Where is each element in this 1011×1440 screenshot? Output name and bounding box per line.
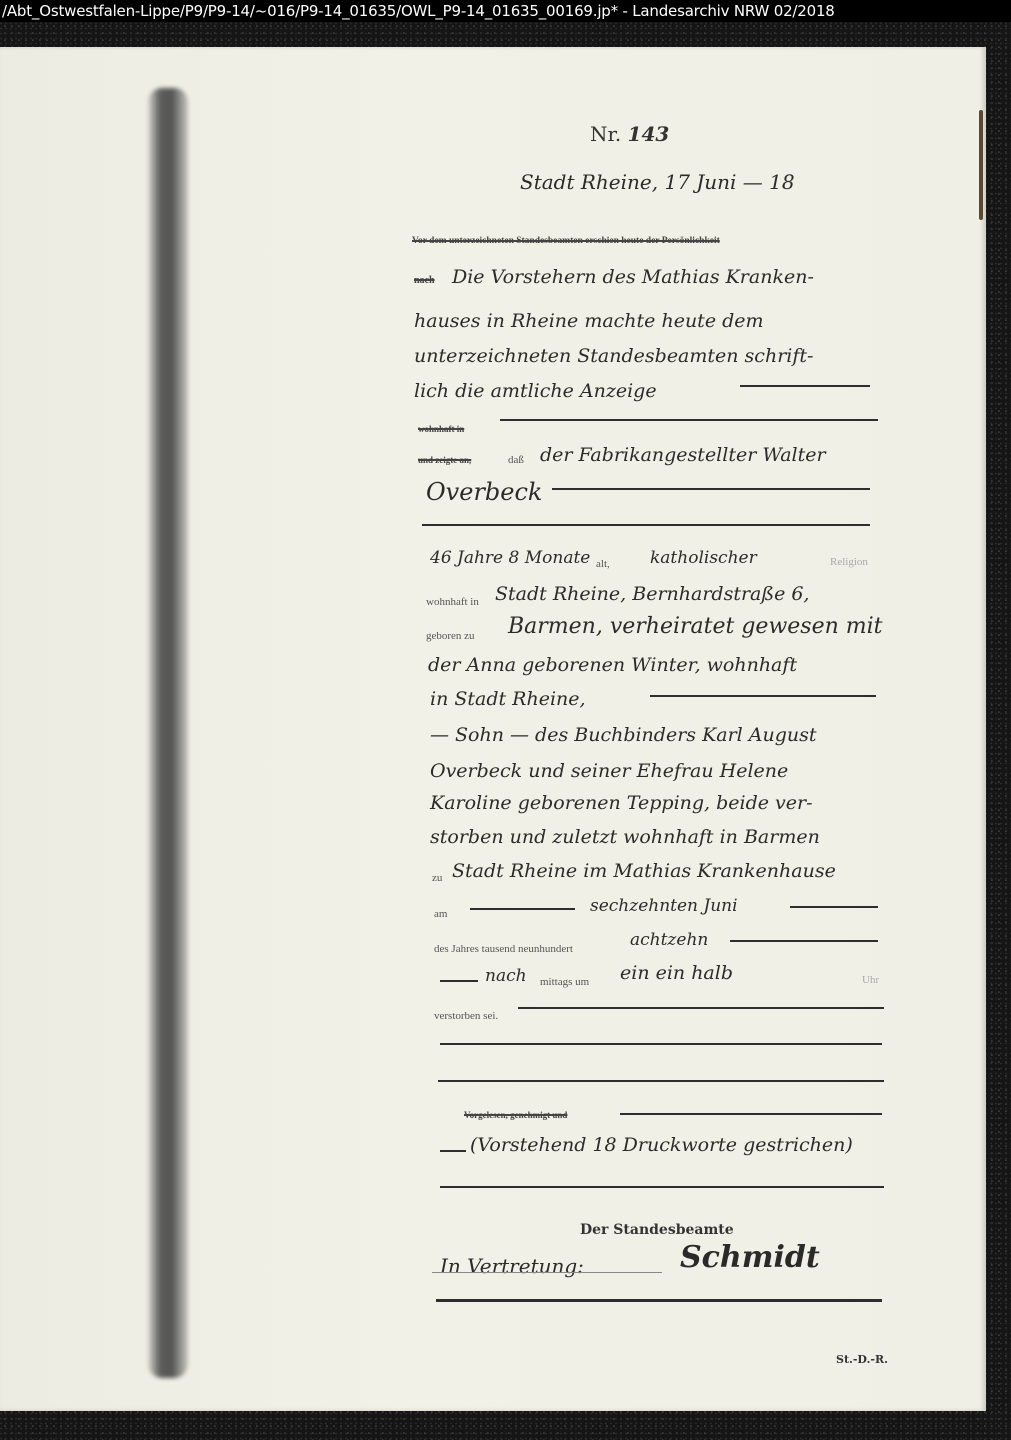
print-religion: Religion — [830, 556, 868, 568]
form-stamp: St.-D.-R. — [836, 1353, 888, 1366]
parents-line-4: storben und zuletzt wohnhaft in Barmen — [430, 826, 820, 848]
fill-line — [438, 1080, 884, 1082]
fill-line — [440, 1150, 466, 1152]
declaration-line-2: hauses in Rheine machte heute dem — [414, 310, 764, 332]
binding-shadow — [148, 88, 188, 1378]
death-year: achtzehn — [630, 930, 708, 950]
age: 46 Jahre 8 Monate — [430, 548, 590, 568]
death-place: Stadt Rheine im Mathias Krankenhause — [452, 860, 836, 882]
print-zu: zu — [432, 872, 442, 884]
signature-label: Der Standesbeamte — [580, 1222, 734, 1238]
fill-line — [552, 488, 870, 490]
fill-line — [650, 695, 876, 697]
fill-line — [470, 908, 575, 910]
spouse-residence: in Stadt Rheine, — [430, 688, 586, 710]
signature-prefix: In Vertretung: — [440, 1254, 584, 1278]
fill-line — [440, 1186, 884, 1188]
fill-line — [620, 1113, 882, 1115]
print-verstorben: verstorben sei. — [434, 1010, 498, 1022]
struck-zeigte: und zeigte an, — [418, 455, 471, 465]
file-path-title: /Abt_Ostwestfalen-Lippe/P9/P9-14/~016/P9… — [2, 2, 835, 20]
residence: Stadt Rheine, Bernhardstraße 6, — [495, 583, 809, 605]
fill-line — [432, 1272, 662, 1273]
birthplace: Barmen, verheiratet gewesen mit — [508, 614, 883, 639]
record-number-value: 143 — [628, 122, 670, 146]
print-alt: alt, — [596, 558, 610, 570]
page-edge-mark — [979, 110, 983, 220]
declaration-line-3: unterzeichneten Standesbeamten schrift- — [414, 345, 813, 367]
fill-line — [790, 906, 878, 908]
death-time: ein ein halb — [620, 962, 733, 984]
struck-nach: nach — [414, 275, 435, 286]
signature-line — [436, 1299, 882, 1302]
spouse-line: der Anna geborenen Winter, wohnhaft — [428, 654, 797, 676]
print-geboren: geboren zu — [426, 630, 475, 642]
fill-line — [440, 1043, 882, 1045]
declaration-line-4: lich die amtliche Anzeige — [414, 380, 657, 402]
fill-line — [518, 1007, 884, 1009]
parents-line-1: — Sohn — des Buchbinders Karl August — [430, 724, 817, 746]
print-mittags: mittags um — [540, 976, 589, 988]
print-year: des Jahres tausend neunhundert — [434, 943, 573, 955]
fill-line — [730, 940, 878, 942]
deceased-title: der Fabrikangestellter Walter — [540, 444, 826, 466]
print-am: am — [434, 908, 447, 920]
fill-line — [500, 419, 878, 421]
declaration-line-1: Die Vorstehern des Mathias Kranken- — [452, 266, 814, 288]
struck-wohnhaft: wohnhaft in — [418, 424, 464, 434]
signature-name: Schmidt — [680, 1240, 820, 1275]
parents-line-3: Karoline geborenen Tepping, beide ver- — [430, 792, 813, 814]
place-date: Stadt Rheine, 17 Juni — 18 — [520, 170, 795, 194]
death-day: sechzehnten Juni — [590, 896, 738, 916]
fill-line — [440, 980, 478, 982]
parents-line-2: Overbeck und seiner Ehefrau Helene — [430, 760, 788, 782]
fill-line — [740, 385, 870, 387]
correction-note: (Vorstehend 18 Druckworte gestrichen) — [470, 1134, 853, 1156]
fill-line — [422, 524, 870, 526]
religion: katholischer — [650, 548, 757, 568]
struck-intro: Vor dem unterzeichneten Standesbeamten e… — [412, 236, 720, 246]
viewer-title-bar: /Abt_Ostwestfalen-Lippe/P9/P9-14/~016/P9… — [0, 0, 1011, 22]
time-prefix: nach — [485, 966, 527, 986]
struck-closing: Vorgelesen, genehmigt und — [464, 1110, 567, 1120]
deceased-surname: Overbeck — [426, 478, 542, 506]
print-wohnhaft: wohnhaft in — [426, 596, 479, 608]
print-dass: daß — [508, 454, 524, 466]
print-uhr: Uhr — [862, 974, 879, 986]
record-number: Nr. 143 — [590, 122, 669, 146]
